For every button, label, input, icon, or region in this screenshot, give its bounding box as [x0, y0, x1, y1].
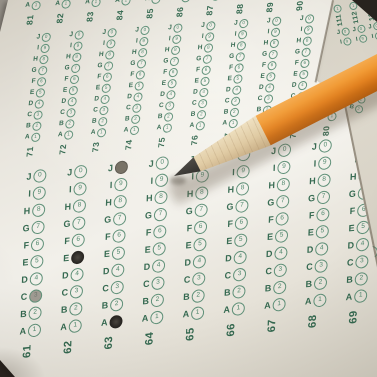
- answer-bubble: 7: [194, 203, 207, 217]
- answer-bubble: 0: [304, 14, 314, 24]
- answer-bubble: 5: [35, 88, 45, 98]
- question-number-box: 64: [144, 326, 158, 350]
- option-letter: B: [344, 275, 353, 285]
- pencil-tip-shadow: [170, 176, 186, 185]
- answer-bubble: 0: [74, 164, 87, 178]
- option-letter: E: [126, 83, 134, 90]
- answer-bubble: 6: [194, 220, 207, 234]
- question-number-box: 71: [24, 143, 36, 160]
- option-letter: C: [59, 288, 68, 298]
- answer-bubble: 8: [317, 173, 330, 187]
- answer-bubble: 6: [102, 72, 112, 82]
- option-letter: F: [305, 211, 314, 221]
- option-letter: D: [141, 262, 150, 272]
- answer-bubble: 2: [314, 276, 327, 290]
- option-letter: G: [184, 207, 193, 217]
- question-number-box: 88: [233, 0, 245, 17]
- option-letter: J: [33, 35, 41, 42]
- answer-bubble: 6: [316, 207, 329, 221]
- option-letter: E: [305, 228, 314, 238]
- answer-bubble: 1: [162, 123, 172, 133]
- answer-bubble: 1: [69, 319, 82, 333]
- answer-bubble: 5: [167, 79, 177, 89]
- answer-bubble: 9: [114, 177, 127, 191]
- question-strip: J0I9H8G7F6E5D4C3B2A189: [260, 0, 294, 15]
- question-number-box: 69: [348, 305, 362, 329]
- answer-bubble: 0: [319, 139, 332, 153]
- answer-bubble: 8: [335, 34, 345, 44]
- option-letter: I: [62, 185, 71, 195]
- option-letter: A: [139, 314, 148, 324]
- answer-bubble: 8: [32, 203, 45, 217]
- question-number: 73: [91, 141, 101, 152]
- answer-bubble: 0: [140, 26, 150, 36]
- answer-bubble: 3: [192, 272, 205, 286]
- answer-bubble: 4: [133, 92, 143, 102]
- option-letter: B: [262, 284, 271, 294]
- question-strip: J0I9H8G7F6E5D4C3B2A186: [170, 0, 204, 20]
- answer-bubble: 0: [156, 156, 169, 170]
- option-letter: C: [57, 110, 65, 117]
- question-number-box: 62: [62, 335, 76, 359]
- question-number-box: 74: [123, 136, 135, 153]
- question-number: 81: [25, 14, 35, 25]
- option-letter: B: [181, 292, 190, 302]
- option-letter: H: [30, 57, 38, 64]
- answer-bubble: 9: [73, 182, 86, 196]
- answer-bubble: 9: [303, 25, 313, 35]
- answer-bubble: 8: [39, 55, 49, 65]
- answer-bubble: 0: [359, 134, 372, 148]
- answer-bubble: 8: [277, 177, 290, 191]
- option-letter: F: [127, 72, 135, 79]
- option-letter: E: [182, 241, 191, 251]
- option-letter: C: [181, 275, 190, 285]
- answer-bubble: 5: [200, 77, 210, 87]
- answer-bubble: 3: [263, 94, 273, 104]
- answer-bubble: 3: [230, 96, 240, 106]
- answer-bubble: 4: [232, 85, 242, 95]
- option-letter: A: [180, 310, 189, 320]
- option-letter: D: [263, 250, 272, 260]
- answer-bubble: 8: [236, 182, 249, 196]
- photo-of-answer-sheet-with-pencil: 1111J0I91112J0I91113J0I9 A1B2 J0I9H8G7F6…: [0, 0, 377, 377]
- option-letter: C: [255, 96, 263, 103]
- answer-bubble: 2: [232, 285, 245, 299]
- option-letter: D: [304, 245, 313, 255]
- question-number-box: 66: [225, 317, 239, 341]
- option-row: A1: [302, 291, 326, 311]
- option-letter: F: [265, 215, 274, 225]
- answer-bubble: 9: [40, 44, 50, 54]
- option-letter: G: [194, 56, 202, 63]
- question-number-box: 75: [155, 134, 167, 151]
- option-letter: D: [182, 258, 191, 268]
- option-letter: I: [266, 164, 275, 174]
- answer-bubble: 6: [201, 65, 211, 75]
- answer-bubble: 2: [98, 117, 108, 127]
- option-letter: A: [58, 322, 67, 332]
- option-letter: B: [140, 297, 149, 307]
- answer-bubble: 9: [270, 28, 280, 38]
- question-number: 82: [55, 12, 65, 23]
- option-letter: A: [52, 1, 60, 8]
- answer-bubble: 9: [204, 32, 214, 42]
- answer-bubble: 4: [199, 88, 209, 98]
- answer-bubble: 6: [112, 229, 125, 243]
- option-row: I9: [328, 22, 347, 34]
- answer-bubble: 2: [229, 108, 239, 118]
- option-letter: B: [99, 301, 108, 311]
- answer-bubble: 7: [169, 57, 179, 67]
- option-letter: J: [296, 16, 304, 23]
- option-letter: F: [193, 67, 201, 74]
- answer-bubble: 9: [106, 39, 116, 49]
- answer-bubble: 3: [355, 255, 368, 269]
- question-strip: J0I9H8G7F6E5D4C3B2A171: [20, 32, 51, 160]
- option-letter: H: [96, 52, 104, 59]
- answer-bubble: 4: [315, 242, 328, 256]
- option-row: A1: [154, 122, 173, 134]
- option-letter: E: [346, 224, 355, 234]
- option-letter: J: [66, 32, 74, 39]
- option-letter: J: [197, 23, 205, 30]
- answer-bubble: 5: [275, 229, 288, 243]
- question-number: 68: [308, 313, 319, 328]
- option-row: G7: [347, 184, 371, 204]
- answer-bubble: 7: [202, 54, 212, 64]
- answer-bubble: 8: [236, 41, 246, 51]
- answer-bubble: 7: [268, 50, 278, 60]
- question-strip: J0I9H8G7F6E5D4C3B2A181: [20, 0, 54, 28]
- answer-bubble: 1: [61, 0, 71, 9]
- question-strip: J0I9H8G7F6E5D4C3B2A188: [230, 0, 264, 17]
- question-strip: J0I9H8G7F6E5D4C3B2A169: [342, 132, 373, 328]
- question-number: 85: [145, 8, 155, 19]
- option-letter: G: [265, 198, 274, 208]
- option-letter: E: [159, 81, 167, 88]
- answer-bubble: 2: [355, 272, 368, 286]
- answer-bubble: 4: [152, 259, 165, 273]
- option-letter: J: [104, 164, 113, 174]
- option-letter: H: [228, 43, 236, 50]
- option-letter: I: [307, 159, 316, 169]
- option-letter: F: [20, 241, 29, 251]
- option-letter: G: [62, 66, 70, 73]
- answer-bubble: 2: [273, 280, 286, 294]
- option-letter: A: [98, 318, 107, 328]
- option-row: A1: [219, 118, 238, 130]
- option-letter: D: [256, 85, 264, 92]
- answer-bubble: 0: [41, 33, 51, 43]
- answer-bubble: 6: [275, 212, 288, 226]
- answer-bubble: 1: [129, 126, 139, 136]
- answer-bubble: 6: [235, 216, 248, 230]
- answer-bubble: 1: [28, 323, 41, 337]
- answer-bubble: 5: [266, 72, 276, 82]
- answer-bubble: 3: [111, 280, 124, 294]
- question-number-box: 68: [307, 309, 321, 333]
- option-letter: F: [61, 237, 70, 247]
- option-row: A1: [58, 317, 82, 337]
- answer-bubble: 1: [232, 302, 245, 316]
- option-letter: H: [162, 48, 170, 55]
- answer-bubble: 3: [233, 267, 246, 281]
- answer-bubble: 0: [271, 16, 281, 26]
- answer-bubble: 5: [233, 74, 243, 84]
- option-letter: H: [21, 207, 30, 217]
- answer-bubble: 1: [191, 306, 204, 320]
- option-letter: A: [187, 123, 195, 130]
- answer-bubble: 2: [163, 112, 173, 122]
- answer-bubble: 5: [234, 233, 247, 247]
- option-letter: J: [99, 30, 107, 37]
- option-letter: H: [347, 172, 356, 182]
- option-row: A1: [139, 308, 163, 328]
- option-letter: G: [29, 68, 37, 75]
- option-letter: J: [308, 142, 317, 152]
- answer-bubble: 6: [69, 75, 79, 85]
- answer-bubble: 8: [114, 194, 127, 208]
- option-letter: D: [26, 101, 34, 108]
- answer-bubble: 4: [100, 95, 110, 105]
- answer-bubble: 5: [299, 70, 309, 80]
- answer-bubble: 0: [337, 12, 347, 22]
- option-letter: I: [262, 30, 270, 37]
- option-letter: H: [261, 41, 269, 48]
- option-letter: B: [221, 110, 229, 117]
- option-letter: A: [121, 128, 129, 135]
- option-row: G7: [325, 44, 344, 56]
- answer-bubble: 1: [31, 1, 41, 11]
- option-letter: G: [227, 54, 235, 61]
- question-strip: J0I9H8G7F6E5D4C3B2A174: [119, 25, 150, 153]
- option-letter: D: [223, 87, 231, 94]
- option-letter: F: [61, 77, 69, 84]
- answer-bubble: 8: [203, 43, 213, 53]
- answer-bubble: 8: [105, 50, 115, 60]
- option-letter: F: [94, 74, 102, 81]
- answer-bubble: 1: [96, 128, 106, 138]
- option-row: A1: [88, 127, 107, 139]
- answer-bubble: 5: [112, 246, 125, 260]
- answer-bubble: 5: [68, 86, 78, 96]
- option-letter: B: [303, 280, 312, 290]
- question-number: 72: [58, 143, 68, 154]
- option-letter: B: [155, 114, 163, 121]
- answer-bubble: 7: [103, 61, 113, 71]
- option-letter: B: [58, 305, 67, 315]
- option-letter: E: [191, 79, 199, 86]
- option-row: A1: [52, 0, 71, 10]
- answer-bubble: 5: [193, 237, 206, 251]
- answer-bubble: 7: [113, 212, 126, 226]
- answer-bubble: 7: [235, 199, 248, 213]
- question-number: 66: [226, 322, 237, 337]
- option-letter: J: [230, 21, 238, 28]
- answer-bubble: 2: [196, 110, 206, 120]
- question-number-box: 81: [24, 11, 36, 28]
- answer-bubble: 4: [264, 83, 274, 93]
- answer-bubble: 5: [316, 225, 329, 239]
- question-number-box: 85: [144, 5, 156, 22]
- answer-bubble: 8: [72, 52, 82, 62]
- option-letter: J: [164, 25, 172, 32]
- answer-bubble: 4: [70, 267, 83, 281]
- answer-bubble: 8: [154, 190, 167, 204]
- option-letter: F: [183, 224, 192, 234]
- option-letter: E: [142, 245, 151, 255]
- answer-bubble: 9: [318, 156, 331, 170]
- question-number: 87: [205, 5, 215, 16]
- answer-bubble: 2: [110, 297, 123, 311]
- answer-bubble: 4: [111, 263, 124, 277]
- option-letter: D: [223, 254, 232, 264]
- answer-bubble: 3: [29, 289, 42, 303]
- question-strip: J0I9H8G7F6E5D4C3B2A176: [185, 20, 216, 148]
- option-letter: G: [347, 190, 356, 200]
- option-letter: A: [17, 327, 26, 337]
- answer-bubble: 3: [314, 259, 327, 273]
- question-number: 86: [175, 6, 185, 17]
- answer-bubble: 5: [71, 250, 84, 264]
- answer-bubble: 9: [139, 37, 149, 47]
- question-number: 84: [115, 9, 125, 20]
- answer-bubble: 2: [191, 289, 204, 303]
- option-letter: A: [142, 0, 150, 3]
- option-letter: G: [260, 52, 268, 59]
- option-letter: E: [223, 237, 232, 247]
- option-letter: A: [82, 0, 90, 6]
- answer-bubble: 1: [272, 297, 285, 311]
- option-letter: G: [102, 215, 111, 225]
- answer-bubble: 6: [36, 77, 46, 87]
- answer-bubble: 3: [99, 106, 109, 116]
- answer-bubble: 4: [274, 246, 287, 260]
- answer-bubble: 7: [70, 64, 80, 74]
- question-number: 61: [23, 343, 34, 358]
- option-row: A1: [343, 287, 367, 307]
- question-strip: J0I9H8G7F6E5D4C3B2A172: [53, 29, 84, 157]
- answer-bubble: 9: [237, 30, 247, 40]
- option-letter: D: [190, 90, 198, 97]
- answer-bubble: 8: [170, 46, 180, 56]
- answer-bubble: 4: [356, 237, 369, 251]
- question-strip: J0I9H8G7F6E5D4C3B2A161: [16, 167, 47, 363]
- option-letter: E: [60, 88, 68, 95]
- answer-bubble: 0: [107, 28, 117, 38]
- option-letter: C: [344, 258, 353, 268]
- option-letter: H: [129, 50, 137, 57]
- option-letter: C: [222, 98, 230, 105]
- answer-bubble: 8: [73, 199, 86, 213]
- answer-bubble: 6: [31, 237, 44, 251]
- question-strip: J0I9H8G7F6E5D4C3B2A183: [80, 0, 114, 25]
- option-letter: A: [221, 305, 230, 315]
- option-row: A1: [121, 125, 140, 137]
- option-letter: C: [25, 112, 33, 119]
- option-letter: J: [145, 159, 154, 169]
- answer-bubble: 1: [150, 310, 163, 324]
- option-letter: B: [221, 288, 230, 298]
- question-strip: J0I9H8G7F6E5D4C3B2A164: [138, 154, 169, 350]
- option-letter: E: [19, 258, 28, 268]
- option-letter: A: [302, 297, 311, 307]
- answer-bubble: 9: [73, 41, 83, 51]
- option-row: A1: [261, 295, 285, 315]
- question-number: 63: [104, 335, 115, 350]
- option-letter: A: [172, 0, 180, 2]
- option-row: A1: [55, 129, 74, 141]
- answer-bubble: 8: [269, 39, 279, 49]
- question-number-box: 76: [188, 131, 200, 148]
- option-letter: J: [63, 168, 72, 178]
- option-letter: C: [123, 105, 131, 112]
- option-letter: C: [156, 103, 164, 110]
- option-letter: E: [290, 72, 298, 79]
- option-letter: C: [304, 262, 313, 272]
- option-letter: H: [225, 185, 234, 195]
- option-letter: C: [100, 284, 109, 294]
- option-letter: B: [18, 310, 27, 320]
- question-number-box: 63: [103, 330, 117, 354]
- option-letter: B: [254, 107, 262, 114]
- option-letter: F: [224, 220, 233, 230]
- option-letter: I: [163, 36, 171, 43]
- option-letter: G: [293, 49, 301, 56]
- answer-bubble: 9: [33, 186, 46, 200]
- answer-bubble: 9: [336, 23, 346, 33]
- option-letter: E: [264, 232, 273, 242]
- option-row: F6: [324, 55, 343, 67]
- option-row: A1: [98, 313, 122, 333]
- answer-bubble: 7: [154, 207, 167, 221]
- option-letter: F: [28, 79, 36, 86]
- option-letter: A: [262, 301, 271, 311]
- answer-bubble: 7: [276, 194, 289, 208]
- answer-bubble: 2: [65, 119, 75, 129]
- question-number: 62: [63, 339, 74, 354]
- option-row: A1: [22, 0, 41, 12]
- option-letter: H: [103, 198, 112, 208]
- option-letter: F: [142, 228, 151, 238]
- question-number: 90: [295, 0, 305, 11]
- answer-bubble: 4: [193, 255, 206, 269]
- option-letter: E: [257, 74, 265, 81]
- option-letter: H: [62, 202, 71, 212]
- answer-bubble: 6: [267, 61, 277, 71]
- answer-bubble: 6: [168, 68, 178, 78]
- answer-bubble: 2: [28, 306, 41, 320]
- answer-bubble: 0: [173, 23, 183, 33]
- option-letter: B: [23, 123, 31, 130]
- answer-bubble: 2: [130, 114, 140, 124]
- question-number: 67: [267, 318, 278, 333]
- answer-bubble: 2: [32, 121, 42, 131]
- question-number-box: 83: [84, 8, 96, 25]
- answer-bubble: 9: [155, 173, 168, 187]
- question-number-box: 90: [293, 0, 305, 14]
- answer-bubble: 4: [297, 81, 307, 91]
- question-strip: J0I9H8G7F6E5D4C3B2A185: [140, 0, 174, 22]
- answer-bubble: 3: [33, 110, 43, 120]
- question-number: 64: [145, 331, 156, 346]
- answer-bubble: 3: [66, 108, 76, 118]
- option-letter: G: [161, 59, 169, 66]
- option-letter: H: [195, 45, 203, 52]
- question-strip: J0I9H8G7F6E5D4C3B2A163: [98, 158, 129, 354]
- option-letter: I: [32, 46, 40, 53]
